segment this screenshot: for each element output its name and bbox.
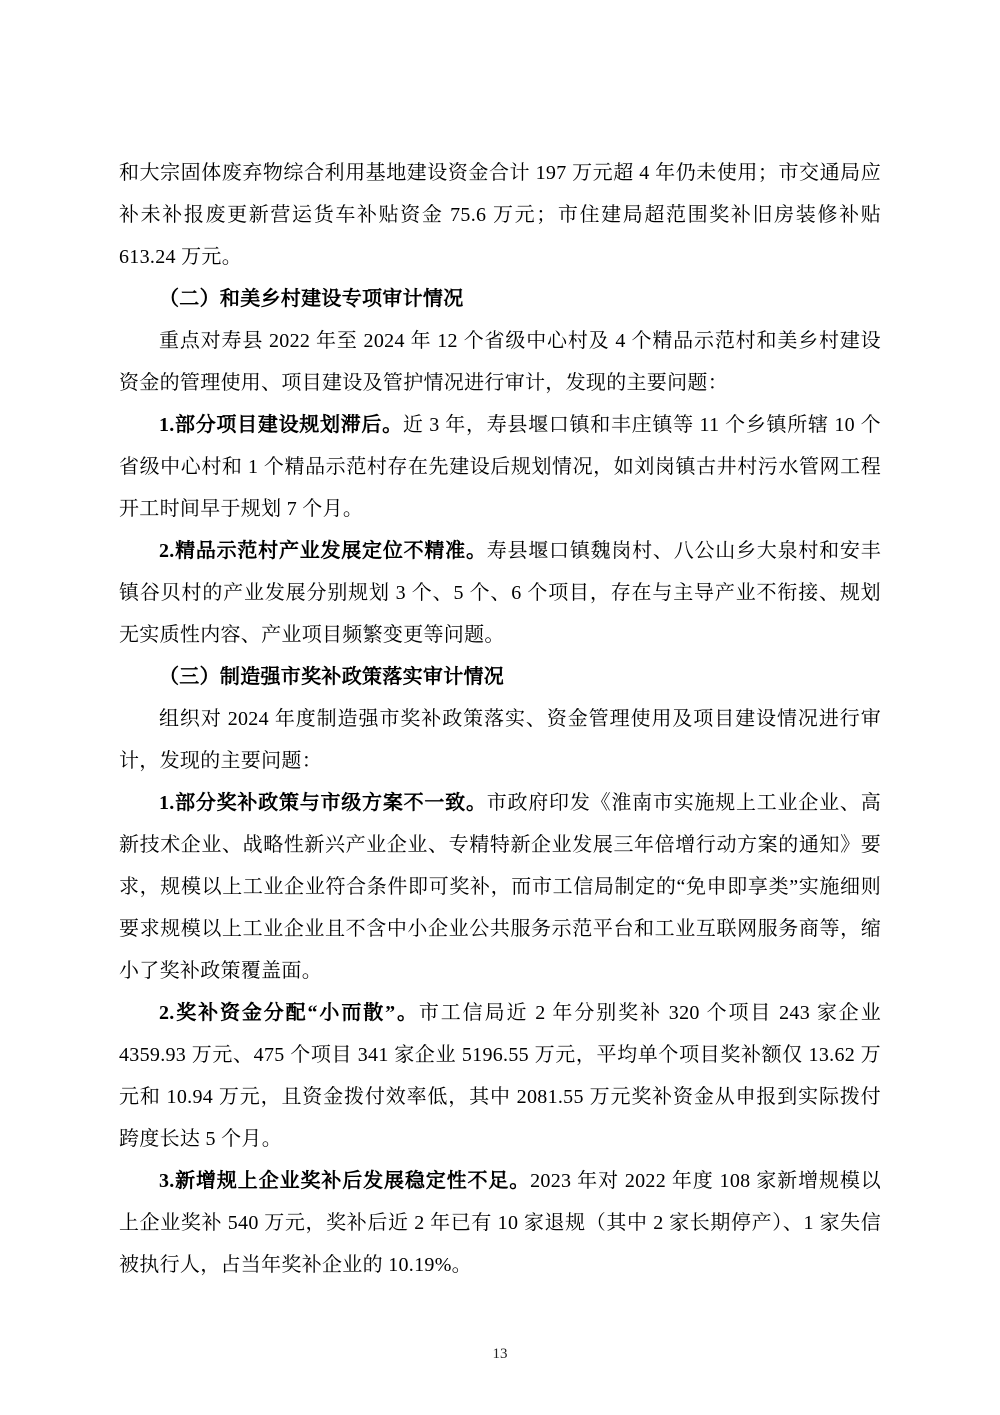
section-heading-2: （二）和美乡村建设专项审计情况 (119, 278, 881, 320)
paragraph-text: 市政府印发《淮南市实施规上工业企业、高新技术企业、战略性新兴产业企业、专精特新企… (119, 792, 881, 982)
issue-item-3-1: 1.部分奖补政策与市级方案不一致。市政府印发《淮南市实施规上工业企业、高新技术企… (119, 782, 881, 992)
paragraph-text: 组织对 2024 年度制造强市奖补政策落实、资金管理使用及项目建设情况进行审计，… (119, 708, 881, 772)
paragraph-text: 重点对寿县 2022 年至 2024 年 12 个省级中心村及 4 个精品示范村… (119, 330, 881, 394)
issue-lead-text: 2.精品示范村产业发展定位不精准。 (159, 540, 487, 562)
issue-lead-text: 2.奖补资金分配“小而散”。 (159, 1002, 419, 1024)
issue-lead-text: 1.部分奖补政策与市级方案不一致。 (159, 792, 487, 814)
document-page: 和大宗固体废弃物综合利用基地建设资金合计 197 万元超 4 年仍未使用；市交通… (0, 0, 1000, 1415)
section-heading-3: （三）制造强市奖补政策落实审计情况 (119, 656, 881, 698)
paragraph-text: 市工信局近 2 年分别奖补 320 个项目 243 家企业 4359.93 万元… (119, 1002, 881, 1150)
document-body: 和大宗固体废弃物综合利用基地建设资金合计 197 万元超 4 年仍未使用；市交通… (119, 152, 881, 1286)
issue-item-3-3: 3.新增规上企业奖补后发展稳定性不足。2023 年对 2022 年度 108 家… (119, 1160, 881, 1286)
issue-lead-text: 3.新增规上企业奖补后发展稳定性不足。 (159, 1170, 530, 1192)
section-intro-2: 重点对寿县 2022 年至 2024 年 12 个省级中心村及 4 个精品示范村… (119, 320, 881, 404)
section-heading-text: （三）制造强市奖补政策落实审计情况 (159, 666, 504, 688)
issue-item-3-2: 2.奖补资金分配“小而散”。市工信局近 2 年分别奖补 320 个项目 243 … (119, 992, 881, 1160)
issue-item-2-2: 2.精品示范村产业发展定位不精准。寿县堰口镇魏岗村、八公山乡大泉村和安丰镇谷贝村… (119, 530, 881, 656)
page-number: 13 (0, 1344, 1000, 1364)
issue-lead-text: 1.部分项目建设规划滞后。 (159, 414, 403, 436)
paragraph-continuation: 和大宗固体废弃物综合利用基地建设资金合计 197 万元超 4 年仍未使用；市交通… (119, 152, 881, 278)
issue-item-2-1: 1.部分项目建设规划滞后。近 3 年，寿县堰口镇和丰庄镇等 11 个乡镇所辖 1… (119, 404, 881, 530)
section-intro-3: 组织对 2024 年度制造强市奖补政策落实、资金管理使用及项目建设情况进行审计，… (119, 698, 881, 782)
section-heading-text: （二）和美乡村建设专项审计情况 (159, 288, 464, 310)
paragraph-text: 和大宗固体废弃物综合利用基地建设资金合计 197 万元超 4 年仍未使用；市交通… (119, 162, 881, 268)
